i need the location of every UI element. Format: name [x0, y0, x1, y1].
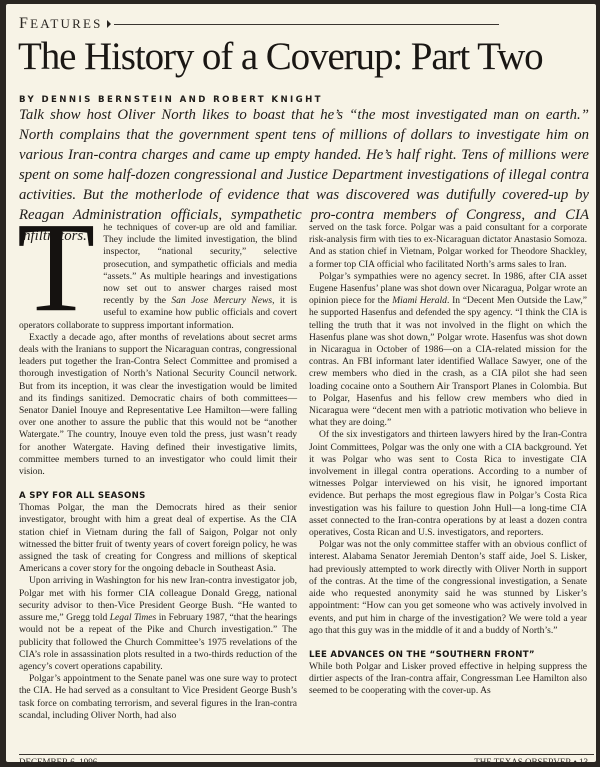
- column-right: served on the task force. Polgar was a p…: [309, 222, 587, 698]
- publication-name: Miami Herald: [392, 295, 447, 306]
- subhead: A SPY FOR ALL SEASONS: [19, 490, 297, 502]
- header-rule: [114, 24, 499, 25]
- paragraph: Exactly a decade ago, after months of re…: [19, 332, 297, 478]
- paragraph: Polgar’s appointment to the Senate panel…: [19, 673, 297, 722]
- paragraph: Upon arriving in Washington for his new …: [19, 575, 297, 673]
- publication-name: San Jose Mercury News: [171, 295, 272, 306]
- paragraph: Of the six investigators and thirteen la…: [309, 429, 587, 539]
- magazine-page: FEATURES The History of a Coverup: Part …: [6, 4, 596, 762]
- publication-page-number: THE TEXAS OBSERVER • 13: [474, 757, 588, 767]
- byline: BY DENNIS BERNSTEIN AND ROBERT KNIGHT: [19, 95, 323, 105]
- drop-cap: T: [17, 220, 95, 318]
- article-title: The History of a Coverup: Part Two: [18, 34, 588, 80]
- section-header: FEATURES: [19, 16, 499, 32]
- section-label: FEATURES: [19, 16, 103, 32]
- paragraph: The techniques of cover-up are old and f…: [19, 222, 297, 332]
- text-run: he techniques of cover-up are old and fa…: [103, 222, 297, 306]
- text-run: . In “Decent Men Outside the Law,” he su…: [309, 295, 587, 428]
- publication-name: Legal Times: [110, 612, 157, 623]
- paragraph: served on the task force. Polgar was a p…: [309, 222, 587, 271]
- section-label-initial: F: [19, 15, 30, 32]
- section-label-rest: EATURES: [30, 16, 102, 31]
- column-left: The techniques of cover-up are old and f…: [19, 222, 297, 722]
- paragraph: Polgar’s sympathies were no agency secre…: [309, 271, 587, 430]
- subhead: LEE ADVANCES ON THE “SOUTHERN FRONT”: [309, 649, 587, 661]
- footer-rule: [19, 754, 594, 755]
- right-triangle-icon: [107, 20, 111, 28]
- issue-date: DECEMBER 6, 1996: [19, 757, 97, 767]
- paragraph: Thomas Polgar, the man the Democrats hir…: [19, 502, 297, 575]
- paragraph: While both Polgar and Lisker proved effe…: [309, 661, 587, 698]
- paragraph: Polgar was not the only committee staffe…: [309, 539, 587, 637]
